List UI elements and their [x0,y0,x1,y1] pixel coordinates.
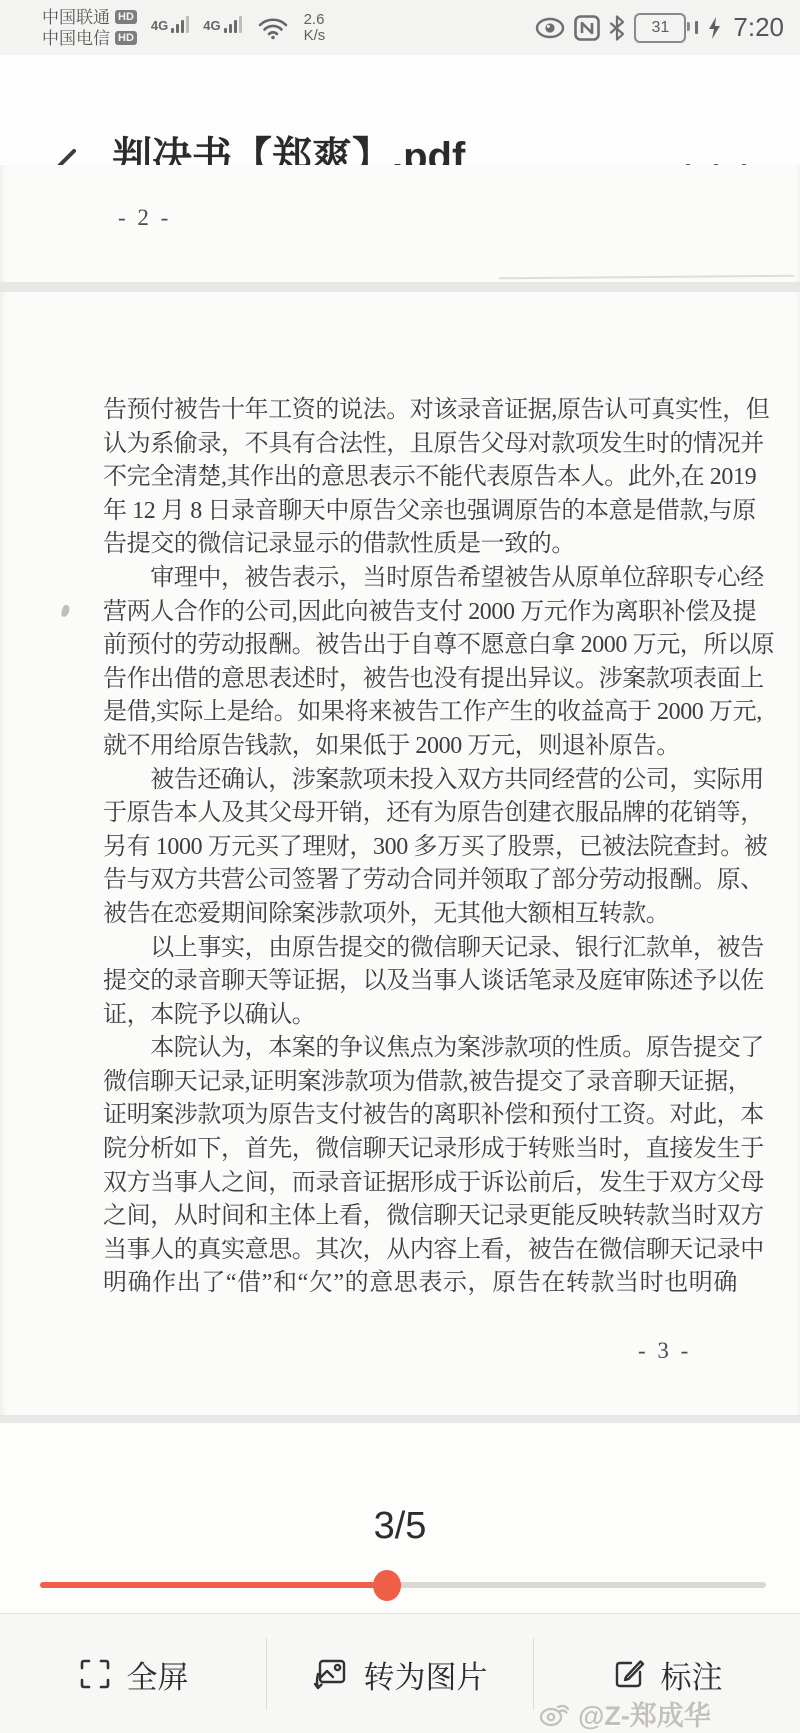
scan-artifact [60,604,70,618]
eye-comfort-icon [535,17,565,39]
document-text-line: 以上事实，由原告提交的微信聊天记录、银行汇款单，被告 [103,932,737,966]
page-indicator: 3/5 [0,1505,800,1548]
document-text-line: 微信聊天记录,证明案涉款项为借款,被告提交了录音聊天证据， [103,1066,737,1100]
document-text-line: 之间，从时间和主体上看，微信聊天记录更能反映转款当时双方 [103,1200,737,1234]
document-text-line: 当事人的真实意思。其次，从内容上看，被告在微信聊天记录中 [103,1234,737,1268]
network-speed: 2.6 K/s [304,12,326,44]
weibo-watermark: @Z-郑成华 [538,1694,711,1733]
page-2-footer: - 2 - [118,205,171,231]
page-3-footer: - 3 - [638,1338,691,1364]
hd-badge: HD [115,31,137,45]
battery-icon: 31 [634,13,686,43]
document-text-line: 告预付被告十年工资的说法。对该录音证据,原告认可真实性，但 [103,394,737,428]
page-gap [0,282,800,292]
page-slider-track[interactable] [40,1582,766,1588]
document-text-line: 是借,实际上是给。如果将来被告工作产生的收益高于 2000 万元, [103,696,737,730]
bluetooth-icon [609,15,625,41]
document-text-line: 前预付的劳动报酬。被告出于自尊不愿意白拿 2000 万元，所以原 [103,629,737,663]
page-3-text: 告预付被告十年工资的说法。对该录音证据,原告认可真实性，但认为系偷录，不具有合法… [103,394,737,1301]
pdf-page-3: 告预付被告十年工资的说法。对该录音证据,原告认可真实性，但认为系偷录，不具有合法… [0,292,800,1415]
charging-bolt-icon [707,16,722,40]
status-right: 31 7:20 [535,12,800,43]
document-text-line: 告与双方共营公司签署了劳动合同并领取了部分劳动报酬。原、 [103,864,737,898]
document-text-line: 被告还确认，涉案款项未投入双方共同经营的公司，实际用 [103,764,737,798]
document-text-line: 就不用给原告钱款，如果低于 2000 万元，则退补原告。 [103,730,737,764]
battery-level: 31 [651,19,669,37]
page-slider-fill [40,1582,401,1588]
document-text-line: 提交的录音聊天等证据，以及当事人谈话笔录及庭审陈述予以佐 [103,965,737,999]
annotate-icon [612,1657,646,1691]
hd-badge: HD [115,10,137,24]
scan-artifact [499,275,794,280]
document-text-line: 证明案涉款项为原告支付被告的离职补偿和预付工资。对此，本 [103,1099,737,1133]
signal-bars-icon: 4G [203,16,241,39]
convert-to-image-label: 转为图片 [364,1652,488,1697]
wifi-icon [258,16,288,40]
carrier-labels: 中国联通 HD 中国电信 HD [42,8,137,48]
nfc-icon [574,15,600,41]
app-header: 判决书【郑爽】.pdf QQ浏览器文件服务 [0,55,800,166]
document-text-line: 本院认为，本案的争议焦点为案涉款项的性质。原告提交了 [103,1032,737,1066]
document-text-line: 营两人合作的公司,因此向被告支付 2000 万元作为离职补偿及提 [103,596,737,630]
document-text-line: 告提交的微信记录显示的借款性质是一致的。 [103,528,737,562]
document-text-line: 审理中，被告表示，当时原告希望被告从原单位辞职专心经 [103,562,737,596]
convert-to-image-button[interactable]: 转为图片 [267,1614,533,1733]
fullscreen-icon [78,1657,112,1691]
document-text-line: 证，本院予以确认。 [103,999,737,1033]
fullscreen-button[interactable]: 全屏 [0,1614,266,1733]
carrier-name-2: 中国电信 [42,29,110,48]
watermark-text: @Z-郑成华 [578,1694,711,1733]
document-text-line: 告作出借的意思表述时，被告也没有提出异议。涉案款项表面上 [103,663,737,697]
network-type-2: 4G [203,18,220,33]
document-text-line: 院分析如下，首先，微信聊天记录形成于转账当时，直接发生于 [103,1133,737,1167]
page-slider-thumb[interactable] [373,1570,401,1601]
carrier-name-1: 中国联通 [42,8,110,27]
document-text-line: 被告在恋爱期间除案涉款项外，无其他大额相互转款。 [103,898,737,932]
phone-screen: 中国联通 HD 中国电信 HD 4G 4G [0,0,800,1733]
status-left: 中国联通 HD 中国电信 HD 4G 4G [0,8,325,48]
weibo-icon [538,1700,572,1728]
document-text-line: 双方当事人之间，而录音证据形成于诉讼前后，发生于双方父母 [103,1167,737,1201]
panel-divider [0,1415,800,1423]
annotate-label: 标注 [661,1652,723,1697]
fullscreen-label: 全屏 [127,1652,189,1697]
status-bar: 中国联通 HD 中国电信 HD 4G 4G [0,0,800,55]
document-text-line: 不完全清楚,其作出的意思表示不能代表原告本人。此外,在 2019 [103,461,737,495]
network-type-1: 4G [151,18,168,33]
charging-indicator-icon [695,21,698,34]
pdf-page-2: - 2 - [0,165,800,282]
document-text-line: 于原告本人及其父母开销，还有为原告创建衣服品牌的花销等， [103,797,737,831]
document-text-line: 认为系偷录，不具有合法性，且原告父母对款项发生时的情况并 [103,428,737,462]
to-image-icon [313,1656,349,1692]
document-text-line: 另有 1000 万元买了理财，300 多万买了股票，已被法院查封。被 [103,831,737,865]
document-text-line: 明确作出了“借”和“欠”的意思表示，原告在转款当时也明确 [103,1267,737,1301]
document-text-line: 年 12 月 8 日录音聊天中原告父亲也强调原告的本意是借款,与原 [103,495,737,529]
signal-bars-icon: 4G [151,16,189,39]
clock-time: 7:20 [733,12,784,43]
